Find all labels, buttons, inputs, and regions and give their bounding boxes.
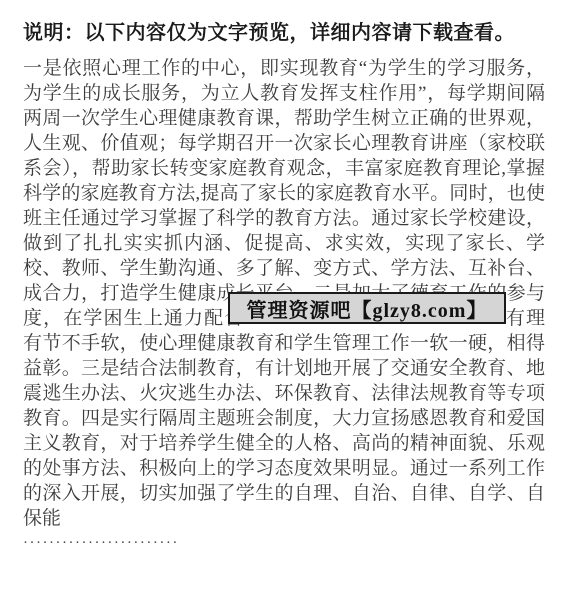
text-line: 班主任通过学习掌握了科学的教育方法。通过家长学校建设， (23, 206, 545, 231)
text-line: 做到了扎扎实实抓内涵、促提高、求实效，实现了家长、学 (23, 231, 545, 256)
text-line: 两周一次学生心理健康教育课，帮助学生树立正确的世界观， (23, 106, 545, 131)
text-line: 人生观、价值观；每学期召开一次家长心理教育讲座（家校联 (23, 131, 545, 156)
watermark-label: 管理资源吧【glzy8.com】 (247, 294, 488, 323)
text-line: 为学生的成长服务，为立人教育发挥支柱作用”，每学期间隔 (23, 81, 545, 106)
text-line: 系会），帮助家长转变家庭教育观念，丰富家庭教育理论,掌握 (23, 156, 545, 181)
watermark-badge: 管理资源吧【glzy8.com】 (228, 292, 506, 324)
ellipsis-line: ························ (23, 535, 545, 551)
text-line: 益彰。三是结合法制教育，有计划地开展了交通安全教育、地 (23, 356, 545, 381)
text-line: 的深入开展，切实加强了学生的自理、自治、自律、自学、自 (23, 481, 545, 506)
text-line: 有节不手软，使心理健康教育和学生管理工作一软一硬，相得 (23, 331, 545, 356)
text-line: 一是依照心理工作的中心，即实现教育“为学生的学习服务， (23, 56, 545, 81)
text-line: 保能 (23, 506, 545, 531)
text-line: 震逃生办法、火灾逃生办法、环保教育、法律法规教育等专项 (23, 381, 545, 406)
text-line: 校、教师、学生勤沟通、多了解、变方式、学方法、互补台、 (23, 256, 545, 281)
text-line: 科学的家庭教育方法,提高了家长的家庭教育水平。同时，也使 (23, 181, 545, 206)
preview-notice: 说明：以下内容仅为文字预览，详细内容请下载查看。 (23, 16, 563, 45)
text-line: 的处事方法、积极向上的学习态度效果明显。通过一系列工作 (23, 456, 545, 481)
text-line: 主义教育，对于培养学生健全的人格、高尚的精神面貌、乐观 (23, 431, 545, 456)
text-line: 教育。四是实行隔周主题班会制度，大力宣扬感恩教育和爱国 (23, 406, 545, 431)
